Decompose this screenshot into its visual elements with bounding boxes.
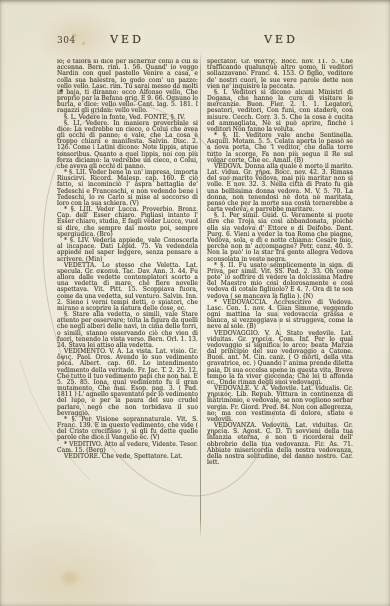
column-divider-rule (200, 52, 201, 538)
paragraph: * §. LIII. Veder Lucca. Proverbio. Bronz… (57, 207, 198, 238)
paragraph: * VEDOVACCIA. Accrescitivo di Vedova. La… (207, 300, 353, 331)
paragraph: * §. LIV. Vederla appiede, vale Conoscer… (57, 238, 198, 263)
book-page-scan: 304 VED VED lo; e talora si dice per isc… (0, 0, 390, 606)
paragraph: §. Stare alla vedetta, o simili, vale St… (57, 312, 198, 349)
paragraph: VEDETTA. Lo stesso che Veletta. Lat. spe… (57, 263, 198, 312)
paragraph: §. I. Veditori si dicono alcuni Ministri… (207, 90, 353, 133)
paragraph: VEDOVALE. V. A. Vedovile. Lat. vidualis.… (207, 386, 353, 423)
running-head-right: VED (264, 33, 298, 46)
running-head-left: VED (110, 33, 144, 46)
paragraph: VEDOVA. Donna alla quale è morto il mari… (207, 164, 353, 213)
text-column-right: spectator. Gr. θεατής. Bocc. nov. 11. 5.… (207, 59, 353, 539)
paragraph: * §. II. Veditore vale anche Sentinella.… (207, 133, 353, 164)
paragraph: * §. LII. Veder bene in un' impresa, imp… (57, 170, 198, 207)
paragraph: lo; e talora si dice per ischernir colui… (57, 59, 198, 115)
paragraph: §. LI. Vedere. In maniera proverbiale si… (57, 121, 198, 170)
page-number: 304 (57, 36, 76, 46)
paragraph: VEDOVAGGIO. V. A. Stato vedovile. Lat. v… (207, 331, 353, 387)
ink-speck (60, 89, 63, 92)
paragraph: * §. Per Visione soprannaturale. Vit. S.… (57, 417, 198, 442)
paragraph: VEDOVANZA. Vedovità. Lat. viduitas. Gr. … (207, 423, 353, 466)
paragraph: spectator. Gr. θεατής. Bocc. nov. 11. 5.… (207, 59, 353, 90)
paragraph: §. I. Per simil. Guid. G. Veramente si p… (207, 213, 353, 262)
paragraph: VEDITORE. Che vede, Spettatore. Lat. (57, 454, 198, 460)
stain-spot-top (72, 34, 76, 37)
stain-spot-bottom (62, 572, 78, 584)
text-column-left: lo; e talora si dice per ischernir colui… (57, 59, 198, 539)
paragraph: * §. II. Fu usato semplicemente in sign.… (207, 263, 353, 300)
paragraph: VEDIMENTO. V. A. La vista. Lat. visio. G… (57, 349, 198, 417)
stain-spot-top-2 (82, 42, 85, 45)
